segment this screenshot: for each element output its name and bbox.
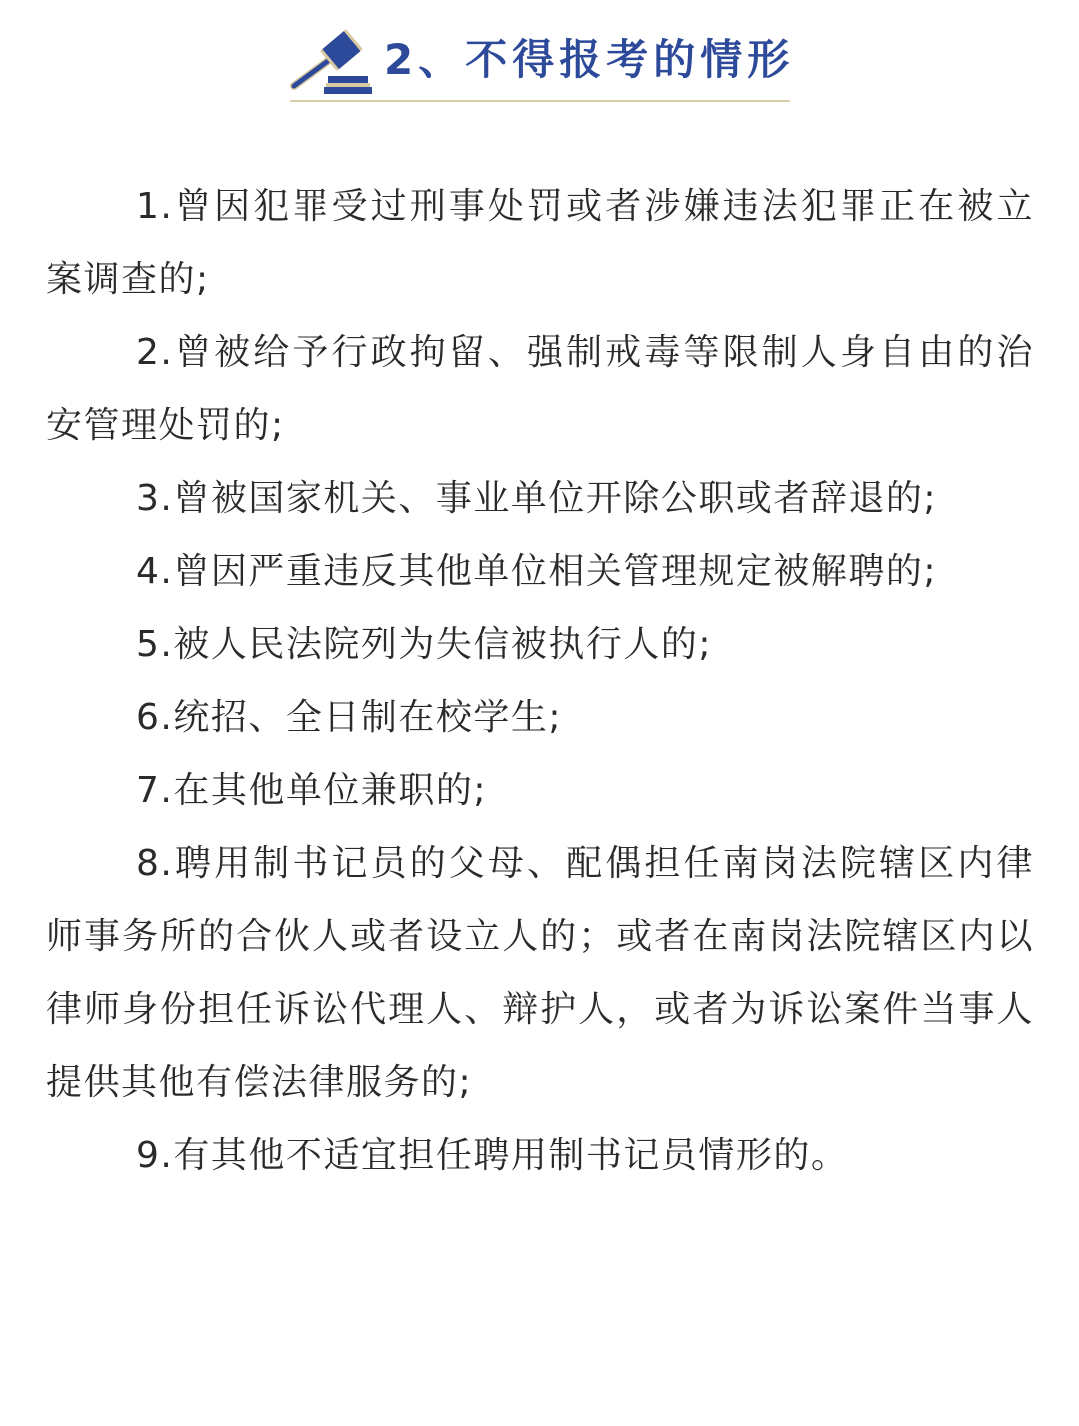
list-item: 2.曾被给予行政拘留、强制戒毒等限制人身自由的治安管理处罚的;	[46, 316, 1034, 462]
list-item: 6.统招、全日制在校学生;	[46, 681, 1034, 754]
list-item: 4.曾因严重违反其他单位相关管理规定被解聘的;	[46, 535, 1034, 608]
list-item: 8.聘用制书记员的父母、配偶担任南岗法院辖区内律师事务所的合伙人或者设立人的；或…	[46, 827, 1034, 1119]
list-item: 3.曾被国家机关、事业单位开除公职或者辞退的;	[46, 462, 1034, 535]
list-item: 7.在其他单位兼职的;	[46, 754, 1034, 827]
list-item: 1.曾因犯罪受过刑事处罚或者涉嫌违法犯罪正在被立案调查的;	[46, 170, 1034, 316]
title-underline	[290, 100, 790, 102]
list-item: 9.有其他不适宜担任聘用制书记员情形的。	[46, 1119, 1034, 1192]
gavel-icon	[288, 28, 372, 94]
disqualification-list: 1.曾因犯罪受过刑事处罚或者涉嫌违法犯罪正在被立案调查的; 2.曾被给予行政拘留…	[46, 170, 1034, 1192]
section-title: 2、不得报考的情形	[384, 32, 794, 88]
section-header: 2、不得报考的情形	[288, 22, 790, 102]
list-item: 5.被人民法院列为失信被执行人的;	[46, 608, 1034, 681]
